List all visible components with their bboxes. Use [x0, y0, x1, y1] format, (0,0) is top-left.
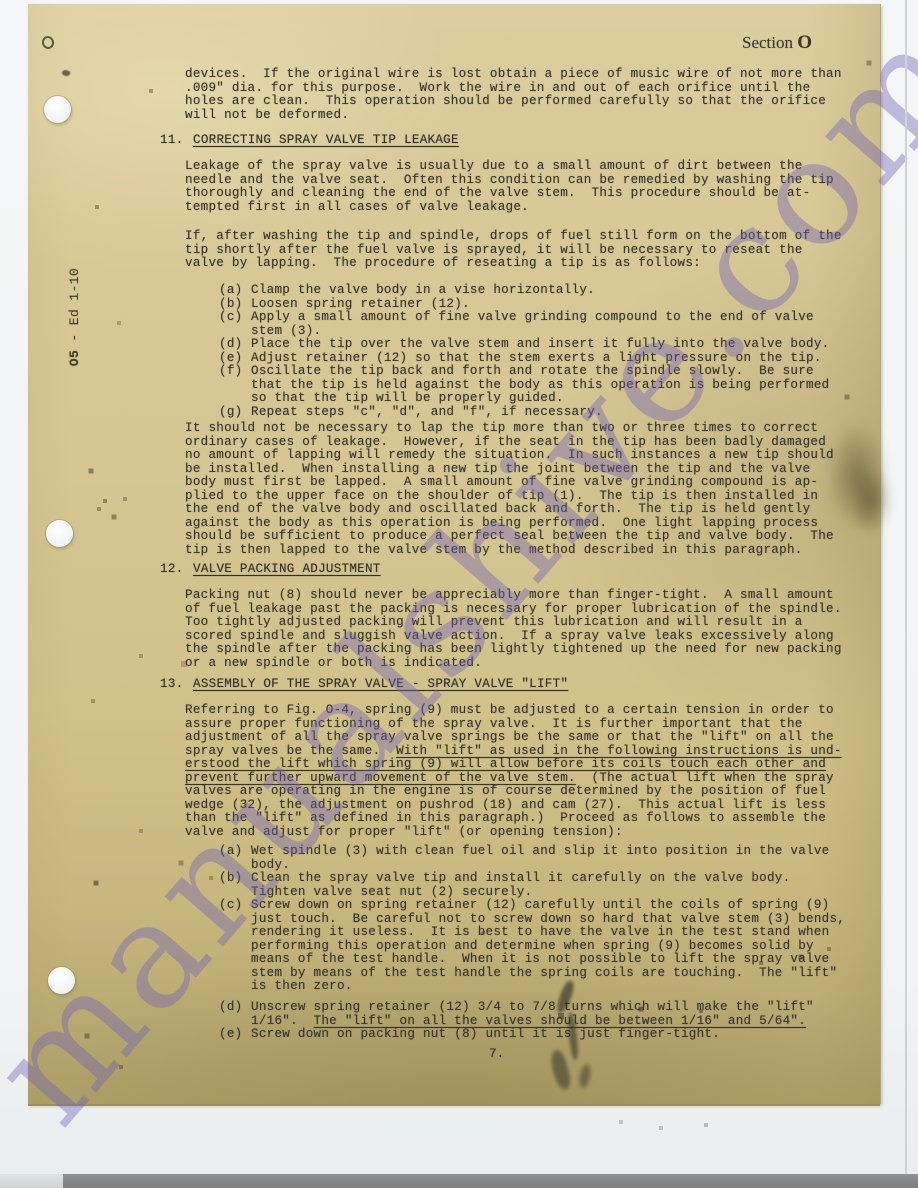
section-11-heading: 11. CORRECTING SPRAY VALVE TIP LEAKAGE	[160, 134, 459, 148]
section-header: Section O	[742, 32, 812, 54]
section-12-paragraph: Packing nut (8) should never be apprecia…	[185, 589, 842, 670]
hole-punch	[46, 520, 73, 547]
list-item: (d)Unscrew spring retainer (12) 3/4 to 7…	[219, 1001, 814, 1028]
list-item: (b)Loosen spring retainer (12).	[219, 298, 830, 312]
section-13-number: 13.	[160, 678, 193, 692]
list-item: (f)Oscillate the tip back and forth and …	[219, 365, 830, 406]
intro-paragraph: devices. If the original wire is lost ob…	[185, 68, 842, 122]
lapping-steps-list: (a)Clamp the valve body in a vise horizo…	[219, 284, 830, 419]
section-header-label: Section	[742, 33, 797, 52]
section-13-title: ASSEMBLY OF THE SPRAY VALVE - SPRAY VALV…	[193, 678, 568, 692]
scanned-page: Section O O5 - Ed 1-10 devices. If the o…	[0, 0, 918, 1188]
section-header-letter: O	[797, 32, 812, 53]
list-item: (d)Place the tip over the valve stem and…	[219, 338, 830, 352]
section-12-heading: 12. VALVE PACKING ADJUSTMENT	[160, 563, 381, 577]
list-item: (c)Screw down on spring retainer (12) ca…	[219, 899, 845, 994]
list-item: (g)Repeat steps "c", "d", and "f", if ne…	[219, 406, 830, 420]
paper-specks	[0, 0, 2, 2]
list-item: (e)Screw down on packing nut (8) until i…	[219, 1028, 814, 1042]
page-number: 7.	[489, 1048, 504, 1062]
list-item: (a)Wet spindle (3) with clean fuel oil a…	[219, 845, 845, 872]
section-11-paragraph-3: It should not be necessary to lap the ti…	[185, 422, 834, 557]
section-13-heading: 13. ASSEMBLY OF THE SPRAY VALVE - SPRAY …	[160, 678, 568, 692]
scanner-bar	[63, 1174, 918, 1188]
section-11-paragraph-2: If, after washing the tip and spindle, d…	[185, 230, 842, 271]
scan-edge-line	[905, 0, 907, 1176]
section-12-title: VALVE PACKING ADJUSTMENT	[193, 563, 381, 577]
margin-stamp-code: O5	[67, 350, 82, 366]
scanner-bar-left	[0, 1174, 63, 1188]
section-13-paragraph: Referring to Fig. O-4, spring (9) must b…	[185, 704, 842, 839]
hole-punch	[48, 967, 75, 994]
assembly-steps-list: (a)Wet spindle (3) with clean fuel oil a…	[219, 845, 845, 994]
list-item: (e)Adjust retainer (12) so that the stem…	[219, 352, 830, 366]
section-11-number: 11.	[160, 134, 193, 148]
margin-stamp-edition: - Ed 1-10	[67, 268, 82, 350]
paper-stain	[850, 466, 892, 536]
list-item: (a)Clamp the valve body in a vise horizo…	[219, 284, 830, 298]
item-d-underlined: The "lift" on all the valves should be b…	[314, 1014, 807, 1028]
section-12-number: 12.	[160, 563, 193, 577]
margin-stamp: O5 - Ed 1-10	[67, 267, 83, 367]
section-11-paragraph-1: Leakage of the spray valve is usually du…	[185, 160, 834, 214]
section-11-title: CORRECTING SPRAY VALVE TIP LEAKAGE	[193, 134, 459, 148]
assembly-steps-list-continued: (d)Unscrew spring retainer (12) 3/4 to 7…	[219, 1001, 814, 1042]
list-item: (c)Apply a small amount of fine valve gr…	[219, 311, 830, 338]
list-item: (b)Clean the spray valve tip and install…	[219, 872, 845, 899]
hole-punch	[44, 96, 71, 123]
